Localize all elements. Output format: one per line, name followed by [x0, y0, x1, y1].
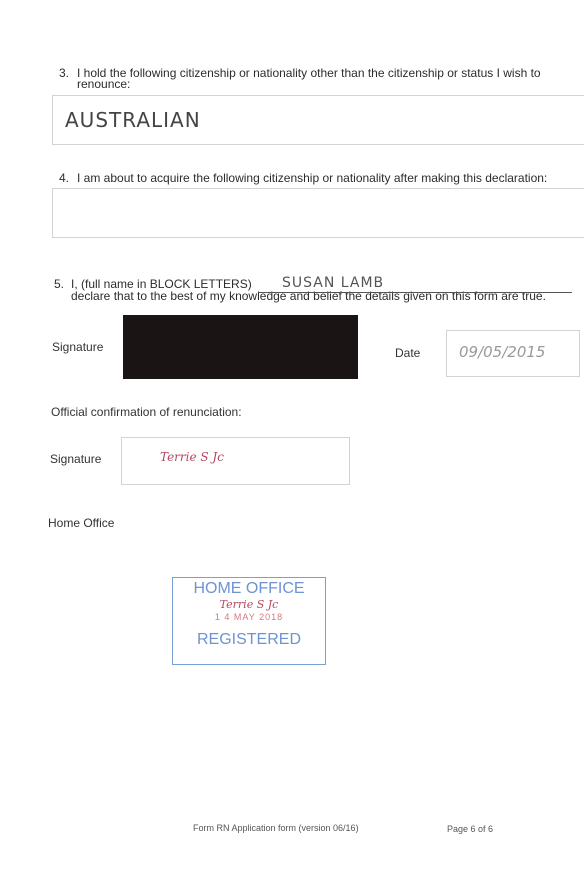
registered-stamp: HOME OFFICE Terrie S Jc 1 4 MAY 2018 REG…: [172, 577, 326, 665]
date-label: Date: [395, 346, 420, 360]
stamp-signature: Terrie S Jc: [173, 598, 325, 611]
official-signature-field[interactable]: Terrie S Jc: [121, 437, 350, 485]
question-4-number: 4.: [59, 172, 69, 185]
question-3-answer-field[interactable]: AUSTRALIAN: [52, 95, 584, 145]
question-3-number: 3.: [59, 67, 69, 80]
signature-label: Signature: [52, 340, 103, 354]
date-value: 09/05/2015: [459, 343, 545, 361]
question-4-answer-field[interactable]: [52, 188, 584, 238]
official-confirmation-heading: Official confirmation of renunciation:: [51, 405, 242, 419]
name-underline: [258, 292, 572, 293]
stamp-date: 1 4 MAY 2018: [173, 612, 325, 622]
footer-page-number: Page 6 of 6: [447, 824, 493, 834]
question-3-text-line1: I hold the following citizenship or nati…: [77, 67, 541, 80]
question-3-answer: AUSTRALIAN: [65, 108, 201, 132]
question-4: 4. I am about to acquire the following c…: [59, 172, 579, 186]
official-signature-label: Signature: [50, 452, 101, 466]
stamp-status: REGISTERED: [173, 631, 325, 649]
home-office-label: Home Office: [48, 516, 114, 530]
signature-redacted: [123, 315, 358, 379]
full-name-value[interactable]: SUSAN LAMB: [282, 275, 384, 291]
question-3: 3. I hold the following citizenship or n…: [59, 67, 579, 95]
question-5-number: 5.: [54, 278, 64, 291]
question-3-text-line2: renounce:: [77, 78, 130, 91]
stamp-title: HOME OFFICE: [173, 580, 325, 598]
official-signature: Terrie S Jc: [160, 450, 224, 464]
footer-form-name: Form RN Application form (version 06/16): [193, 823, 359, 833]
date-field[interactable]: 09/05/2015: [446, 330, 580, 377]
question-4-text: I am about to acquire the following citi…: [77, 172, 547, 185]
